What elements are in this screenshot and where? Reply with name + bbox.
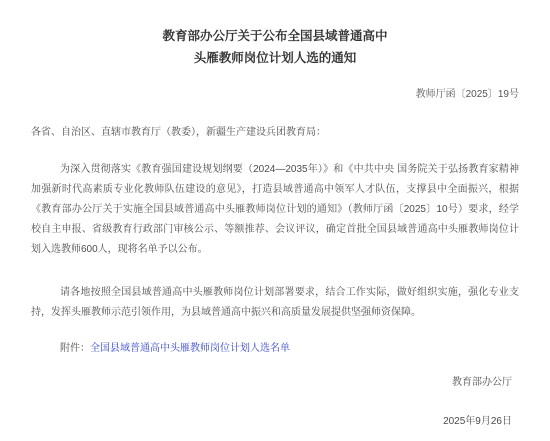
addressee-line: 各省、自治区、直辖市教育厅（教委），新疆生产建设兵团教育局： <box>31 123 519 143</box>
attachment-link[interactable]: 全国县域普通高中头雁教师岗位计划人选名单 <box>90 343 290 354</box>
document-number: 教师厅函〔2025〕19号 <box>31 85 519 105</box>
body-paragraph-1: 为深入贯彻落实《教育强国建设规划纲要（2024—2035年）》和《中共中央 国务… <box>31 160 519 260</box>
issuer-signature: 教育部办公厅 <box>31 373 519 393</box>
attachment-line: 附件：全国县域普通高中头雁教师岗位计划人选名单 <box>31 339 519 359</box>
notice-title-line-1: 教育部办公厅关于公布全国县域普通高中 <box>31 25 519 47</box>
issue-date: 2025年9月26日 <box>31 412 519 432</box>
notice-title: 教育部办公厅关于公布全国县域普通高中 头雁教师岗位计划人选的通知 <box>31 25 519 69</box>
body-paragraph-2: 请各地按照全国县域普通高中头雁教师岗位计划部署要求，结合工作实际，做好组织实施，… <box>31 283 519 323</box>
notice-title-line-2: 头雁教师岗位计划人选的通知 <box>31 47 519 69</box>
notice-document: 教育部办公厅关于公布全国县域普通高中 头雁教师岗位计划人选的通知 教师厅函〔20… <box>0 0 550 441</box>
attachment-label: 附件： <box>60 343 90 354</box>
